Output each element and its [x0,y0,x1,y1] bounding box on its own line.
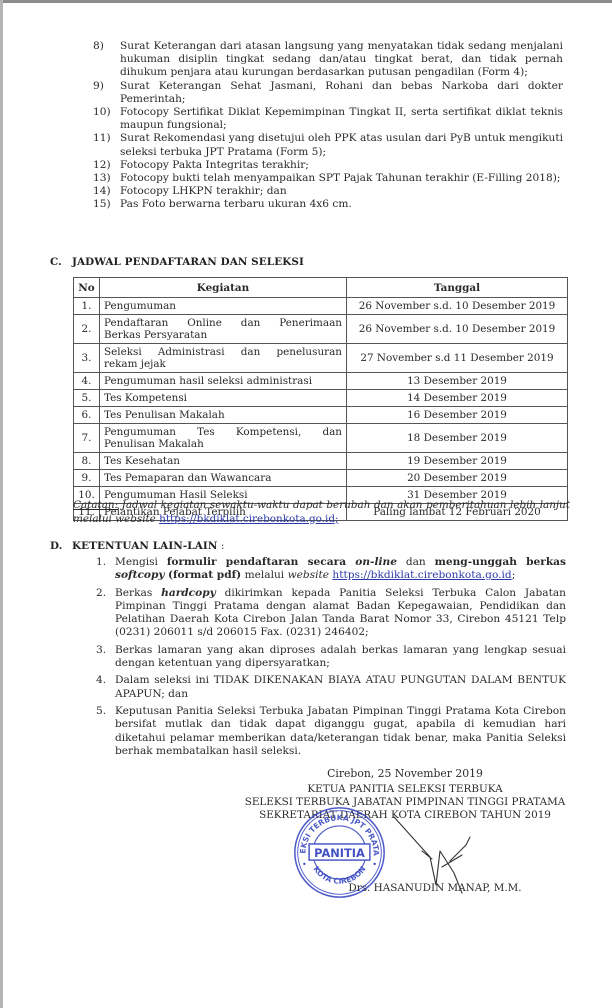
requirement-item: 12)Fotocopy Pakta Integritas terakhir; [93,159,563,172]
table-row: 7.Pengumuman Tes Kompetensi, danPenulisa… [74,424,568,453]
provision-item: 3. Berkas lamaran yang akan diproses ada… [96,644,566,671]
cell-kegiatan: Seleksi Administrasi dan penelusuranreka… [100,344,347,373]
cell-no: 8. [74,453,100,470]
official-stamp-icon: SELEKSI TERBUKA JPT PRATAMA KOTA CIREBON… [292,805,387,900]
section-d-title-suffix: : [217,540,224,552]
requirement-item: 14)Fotocopy LHKPN terakhir; dan [93,185,563,198]
provision-number: 4. [96,674,106,687]
requirement-item: 8)Surat Keterangan dari atasan langsung … [93,40,563,80]
table-row: 4.Pengumuman hasil seleksi administrasi1… [74,373,568,390]
scan-top-edge [0,0,612,3]
requirements-list: 8)Surat Keterangan dari atasan langsung … [93,40,563,212]
requirement-number: 15) [93,198,111,211]
kegiatan-text: Tes Kesehatan [104,455,180,467]
kegiatan-text-line2: Penulisan Makalah [104,438,342,450]
cell-no: 5. [74,390,100,407]
schedule-table-header: No Kegiatan Tanggal [74,278,568,298]
requirement-number: 11) [93,132,111,145]
provision-item: 4. Dalam seleksi ini TIDAK DIKENAKAN BIA… [96,674,566,701]
cell-tanggal: 13 Desember 2019 [347,373,568,390]
cell-tanggal: 16 Desember 2019 [347,407,568,424]
section-d-letter: D. [50,540,72,552]
cell-kegiatan: Tes Kesehatan [100,453,347,470]
requirement-item: 11)Surat Rekomendasi yang disetujui oleh… [93,132,563,158]
kegiatan-text: Pendaftaran Online dan Penerimaan [104,317,342,329]
header-tanggal: Tanggal [347,278,568,298]
table-row: 3.Seleksi Administrasi dan penelusuranre… [74,344,568,373]
cell-no: 6. [74,407,100,424]
cell-kegiatan: Tes Pemaparan dan Wawancara [100,470,347,487]
header-kegiatan: Kegiatan [100,278,347,298]
requirement-item: 15)Pas Foto berwarna terbaru ukuran 4x6 … [93,198,563,211]
cell-no: 7. [74,424,100,453]
text: melalui [241,569,287,581]
provision-number: 5. [96,705,106,718]
provision-item: 2. Berkas hardcopy dikirimkan kepada Pan… [96,587,566,640]
cell-kegiatan: Tes Kompetensi [100,390,347,407]
website-link[interactable]: https://bkdiklat.cirebonkota.go.id [332,569,511,581]
text: dan [397,556,435,568]
cell-kegiatan: Pendaftaran Online dan PenerimaanBerkas … [100,315,347,344]
provision-item: 1. Mengisi formulir pendaftaran secara o… [96,556,566,583]
cell-tanggal: 26 November s.d. 10 Desember 2019 [347,315,568,344]
text: ; [512,569,516,581]
handwritten-signature-icon [392,815,482,895]
header-no: No [74,278,100,298]
requirement-text: Fotocopy Pakta Integritas terakhir; [120,159,309,171]
section-c-title: JADWAL PENDAFTARAN DAN SELEKSI [72,256,304,268]
schedule-table: No Kegiatan Tanggal 1.Pengumuman26 Novem… [73,277,568,521]
requirement-text: Surat Keterangan Sehat Jasmani, Rohani d… [120,80,563,105]
svg-text:PANITIA: PANITIA [314,846,365,860]
bold-text: formulir pendaftaran secara [167,556,355,568]
kegiatan-text-line2: Berkas Persyaratan [104,329,342,341]
requirement-text: Surat Keterangan dari atasan langsung ya… [120,40,563,78]
requirement-item: 10)Fotocopy Sertifikat Diklat Kepemimpin… [93,106,563,132]
bold-italic-text: softcopy [115,569,165,581]
requirement-text: Fotocopy bukti telah menyampaikan SPT Pa… [120,172,560,184]
requirement-number: 13) [93,172,111,185]
section-c-letter: C. [50,256,72,268]
cell-kegiatan: Pengumuman [100,298,347,315]
requirement-number: 14) [93,185,111,198]
text: Berkas [115,587,161,599]
requirement-text: Fotocopy LHKPN terakhir; dan [120,185,287,197]
provision-number: 3. [96,644,106,657]
provision-number: 2. [96,587,106,600]
text: Mengisi [115,556,167,568]
requirement-text: Pas Foto berwarna terbaru ukuran 4x6 cm. [120,198,352,210]
kegiatan-text: Pengumuman Tes Kompetensi, dan [104,426,342,438]
note-label: Catatan: [73,499,118,511]
requirement-number: 10) [93,106,111,119]
kegiatan-text: Pengumuman [104,300,176,312]
cell-no: 1. [74,298,100,315]
section-d-heading: D.KETENTUAN LAIN-LAIN : [50,540,224,552]
cell-no: 3. [74,344,100,373]
cell-tanggal: 18 Desember 2019 [347,424,568,453]
requirement-number: 8) [93,40,104,53]
requirement-text: Fotocopy Sertifikat Diklat Kepemimpinan … [120,106,563,131]
cell-tanggal: 20 Desember 2019 [347,470,568,487]
italic-text: website [288,569,329,581]
table-row: 1.Pengumuman26 November s.d. 10 Desember… [74,298,568,315]
text: Berkas lamaran yang akan diproses adalah… [115,644,566,669]
cell-no: 2. [74,315,100,344]
signatory-title-1: KETUA PANITIA SELEKSI TERBUKA [230,783,580,796]
requirement-item: 13)Fotocopy bukti telah menyampaikan SPT… [93,172,563,185]
cell-no: 9. [74,470,100,487]
table-row: 9.Tes Pemaparan dan Wawancara20 Desember… [74,470,568,487]
kegiatan-text-line2: rekam jejak [104,358,342,370]
kegiatan-text: Tes Pemaparan dan Wawancara [104,472,271,484]
bold-italic-text: on-line [355,556,397,568]
schedule-note: Catatan: Jadwal kegiatan sewaktu-waktu d… [73,499,570,526]
kegiatan-text: Tes Kompetensi [104,392,187,404]
bold-text: (format pdf) [168,569,241,581]
cell-tanggal: 26 November s.d. 10 Desember 2019 [347,298,568,315]
cell-kegiatan: Pengumuman hasil seleksi administrasi [100,373,347,390]
requirement-number: 12) [93,159,111,172]
kegiatan-text: Tes Penulisan Makalah [104,409,225,421]
scan-left-edge [0,0,3,1008]
kegiatan-text: Seleksi Administrasi dan penelusuran [104,346,342,358]
section-c-heading: C.JADWAL PENDAFTARAN DAN SELEKSI [50,256,304,268]
kegiatan-text: Pengumuman hasil seleksi administrasi [104,375,312,387]
text: Keputusan Panitia Seleksi Terbuka Jabata… [115,705,566,757]
provisions-list: 1. Mengisi formulir pendaftaran secara o… [96,556,566,762]
table-row: 5.Tes Kompetensi14 Desember 2019 [74,390,568,407]
cell-tanggal: 19 Desember 2019 [347,453,568,470]
bold-italic-text: hardcopy [161,587,216,599]
provision-item: 5. Keputusan Panitia Seleksi Terbuka Jab… [96,705,566,758]
bold-text: meng-unggah berkas [435,556,566,568]
cell-kegiatan: Tes Penulisan Makalah [100,407,347,424]
provision-number: 1. [96,556,106,569]
place-date: Cirebon, 25 November 2019 [230,767,580,780]
requirement-text: Surat Rekomendasi yang disetujui oleh PP… [120,132,563,157]
website-link[interactable]: https://bkdiklat.cirebonkota.go.id; [159,513,338,525]
cell-no: 4. [74,373,100,390]
signatory-title-2: SELEKSI TERBUKA JABATAN PIMPINAN TINGGI … [230,796,580,809]
cell-tanggal: 14 Desember 2019 [347,390,568,407]
table-row: 2.Pendaftaran Online dan PenerimaanBerka… [74,315,568,344]
cell-kegiatan: Pengumuman Tes Kompetensi, danPenulisan … [100,424,347,453]
table-row: 6.Tes Penulisan Makalah16 Desember 2019 [74,407,568,424]
text: Dalam seleksi ini TIDAK DIKENAKAN BIAYA … [115,674,566,699]
requirement-item: 9)Surat Keterangan Sehat Jasmani, Rohani… [93,80,563,106]
cell-tanggal: 27 November s.d 11 Desember 2019 [347,344,568,373]
requirement-number: 9) [93,80,104,93]
table-row: 8.Tes Kesehatan19 Desember 2019 [74,453,568,470]
svg-text:KOTA CIREBON: KOTA CIREBON [311,865,367,886]
section-d-title: KETENTUAN LAIN-LAIN [72,540,217,552]
